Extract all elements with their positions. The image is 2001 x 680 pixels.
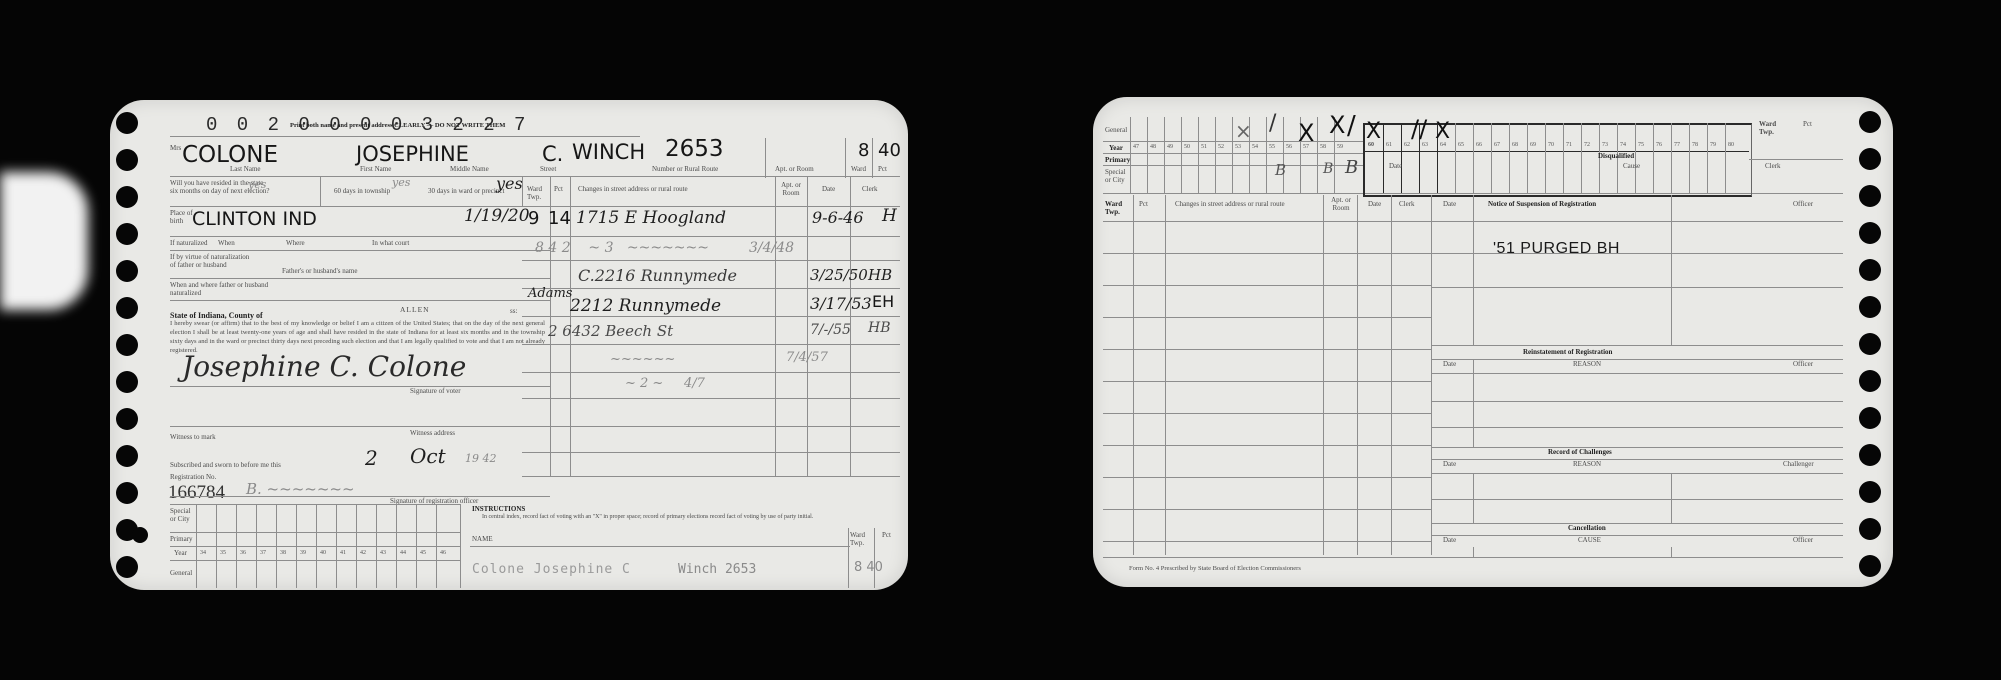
vote-mark-slash: // — [1411, 115, 1427, 143]
back-changes-clerk-label: Clerk — [1399, 201, 1415, 209]
changes-clerk-label: Clerk — [862, 186, 878, 194]
change-1-clerk: H — [882, 206, 897, 226]
pct-value: 40 — [878, 140, 901, 161]
primary-mark-b: B — [1345, 157, 1358, 178]
changes-pct-label: Pct — [554, 186, 563, 194]
changes-ward-twp-label: Ward Twp. — [527, 186, 547, 201]
change-3-clerk: HB — [868, 266, 892, 284]
vote-mark-x: X — [1329, 111, 1345, 139]
stub-name: Colone Josephine C — [472, 562, 631, 577]
changes-address-label: Changes in street address or rural route — [578, 186, 688, 194]
row-special: Special or City — [1105, 169, 1129, 184]
middle-name-label: Middle Name — [450, 166, 489, 174]
stub-ward-label: Ward Twp. — [850, 532, 868, 547]
voter-signature: Josephine C. Colone — [182, 350, 466, 383]
grid-row-general: General — [170, 570, 192, 578]
nat-court-label: In what court — [372, 240, 409, 248]
suspension-officer-label: Officer — [1793, 201, 1813, 209]
number-label: Number or Rural Route — [652, 166, 718, 174]
disqualified-clerk-label: Clerk — [1765, 163, 1781, 171]
challenges-challenger-label: Challenger — [1783, 461, 1814, 469]
change-1-date: 9-6-46 — [812, 208, 864, 227]
street: WINCH — [572, 140, 645, 164]
suspension-entry[interactable]: '51 PURGED BH — [1493, 240, 1620, 258]
changes-date-label: Date — [822, 186, 835, 194]
ss-label: ss: — [510, 308, 517, 316]
disqualified-date-label: Date — [1389, 163, 1402, 171]
first-name: JOSEPHINE — [356, 142, 469, 166]
header-instruction: Print both name and present address CLEA… — [290, 122, 505, 129]
if-naturalized-label: If naturalized — [170, 240, 208, 248]
change-5-clerk: HB — [868, 320, 891, 336]
subscribed-label: Subscribed and sworn to before me this — [170, 462, 281, 470]
scanner-glare — [0, 172, 88, 310]
father-name-label: Father's or husband's name — [282, 268, 357, 276]
vote-mark-x: X — [1435, 119, 1450, 144]
registration-number-label: Registration No. — [170, 474, 216, 482]
row-primary: Primary — [1105, 157, 1130, 165]
ward-residence-answer: yes — [496, 174, 523, 193]
change-4-address: 2212 Runnymede — [570, 296, 721, 316]
state-residence-answer: yes — [248, 178, 266, 191]
subscribed-month: Oct — [410, 444, 446, 468]
witness-address-label: Witness address — [410, 430, 455, 438]
registration-card-front: 0 0 2 0 0 0 0 3 2 2 7 Print both name an… — [110, 100, 908, 590]
primary-mark-b: B — [1275, 161, 1286, 179]
row-general: General — [1105, 127, 1127, 135]
changes-apt-label: Apt. or Room — [779, 182, 803, 197]
county-value: ALLEN — [400, 306, 430, 314]
change-5-address: 2 6432 Beech St — [548, 322, 673, 340]
back-changes-date-label: Date — [1368, 201, 1381, 209]
stub-pct-label: Pct — [882, 532, 891, 540]
change-1-address: 1715 E Hoogland — [576, 208, 726, 228]
instructions-text: In central index, record fact of voting … — [482, 514, 882, 521]
ward-label: Ward — [851, 166, 866, 174]
back-ward-twp-label: Ward Twp. — [1759, 121, 1779, 136]
registration-card-back: General Year Primary Special or City 47 … — [1093, 97, 1893, 587]
instructions-title: INSTRUCTIONS — [472, 506, 525, 514]
cancellation-title: Cancellation — [1568, 525, 1606, 533]
last-name-label: Last Name — [230, 166, 261, 174]
ward-value: 8 — [858, 140, 869, 161]
nat-when-label: When — [218, 240, 235, 248]
when-where-label: When and where father or husband natural… — [170, 282, 270, 297]
grid-row-year: Year — [174, 550, 187, 558]
street-label: Street — [540, 166, 556, 174]
house-number: 2653 — [665, 136, 724, 162]
row-year: Year — [1109, 145, 1123, 153]
vote-mark-slash: / — [1269, 111, 1276, 136]
change-4-ward: Adams — [528, 286, 572, 301]
form-footer: Form No. 4 Prescribed by State Board of … — [1129, 565, 1301, 572]
change-6-date: 7/4/57 — [786, 350, 828, 365]
vote-mark-x: X — [1298, 119, 1314, 147]
grid-row-primary: Primary — [170, 536, 193, 544]
back-changes-apt-label: Apt. or Room — [1329, 197, 1353, 212]
challenges-date-label: Date — [1443, 461, 1456, 469]
change-6-faded: ~~~~~~ — [610, 352, 675, 367]
prefix-label: Mrs — [170, 145, 181, 153]
change-1-ward: 9 — [528, 208, 539, 229]
township-label: 60 days in township — [334, 188, 390, 196]
signature-label: Signature of voter — [410, 388, 461, 396]
cancellation-officer-label: Officer — [1793, 537, 1813, 545]
stub-ward-pct-value: 8 40 — [854, 560, 883, 575]
disqualified-cause-label: Cause — [1623, 163, 1640, 171]
reinstatement-date-label: Date — [1443, 361, 1456, 369]
registration-number: 166784 — [168, 482, 225, 504]
change-5-date: 7/-/55 — [810, 322, 851, 338]
back-changes-address-label: Changes in street address or rural route — [1175, 201, 1285, 209]
challenges-title: Record of Challenges — [1548, 449, 1612, 457]
suspension-title: Notice of Suspension of Registration — [1488, 201, 1596, 209]
cancellation-cause-label: CAUSE — [1578, 537, 1601, 545]
change-7-faded: ~ 2 ~ 4/7 — [625, 376, 705, 391]
back-changes-pct-label: Pct — [1139, 201, 1148, 209]
suspension-date-label: Date — [1443, 201, 1456, 209]
vote-mark-x: × — [1235, 119, 1252, 143]
pct-label: Pct — [878, 166, 887, 174]
birth-place: CLINTON IND — [192, 208, 317, 230]
back-changes-ward-label: Ward Twp. — [1105, 201, 1125, 216]
apt-label: Apt. or Room — [775, 166, 814, 174]
instructions-name-label: NAME — [472, 536, 493, 544]
change-1-pct: 14 — [548, 208, 571, 229]
first-name-label: First Name — [360, 166, 391, 174]
reinstatement-officer-label: Officer — [1793, 361, 1813, 369]
stub-address: Winch 2653 — [678, 562, 756, 577]
subscribed-year: 19 42 — [465, 452, 497, 465]
change-4-date: 3/17/53 — [810, 294, 872, 313]
virtue-label: If by virtue of naturalization of father… — [170, 254, 250, 269]
vote-mark-slash: / — [1347, 111, 1356, 141]
township-answer: yes — [392, 176, 410, 189]
nat-where-label: Where — [286, 240, 305, 248]
middle-name: C. — [542, 142, 563, 166]
reinstatement-title: Reinstatement of Registration — [1523, 349, 1612, 357]
challenges-reason-label: REASON — [1573, 461, 1601, 469]
change-3-date: 3/25/50 — [810, 266, 868, 284]
disqualified-label: Disqualified — [1598, 153, 1634, 161]
back-pct-label: Pct — [1803, 121, 1812, 129]
change-3-address: C.2216 Runnymede — [578, 266, 737, 285]
ward-residence-label: 30 days in ward or precinct — [428, 188, 504, 196]
change-2-faded: 8 4 2 ~ 3 ~~~~~~~ 3/4/48 — [535, 240, 794, 256]
subscribed-day: 2 — [365, 446, 378, 470]
change-4-clerk: EH — [872, 292, 894, 311]
primary-mark-b: B — [1323, 161, 1333, 177]
vote-mark-x: X — [1366, 119, 1381, 144]
witness-label: Witness to mark — [170, 434, 216, 442]
reinstatement-reason-label: REASON — [1573, 361, 1601, 369]
birth-date: 1/19/20 — [464, 206, 530, 226]
grid-row-special: Special or City — [170, 508, 190, 523]
cancellation-date-label: Date — [1443, 537, 1456, 545]
